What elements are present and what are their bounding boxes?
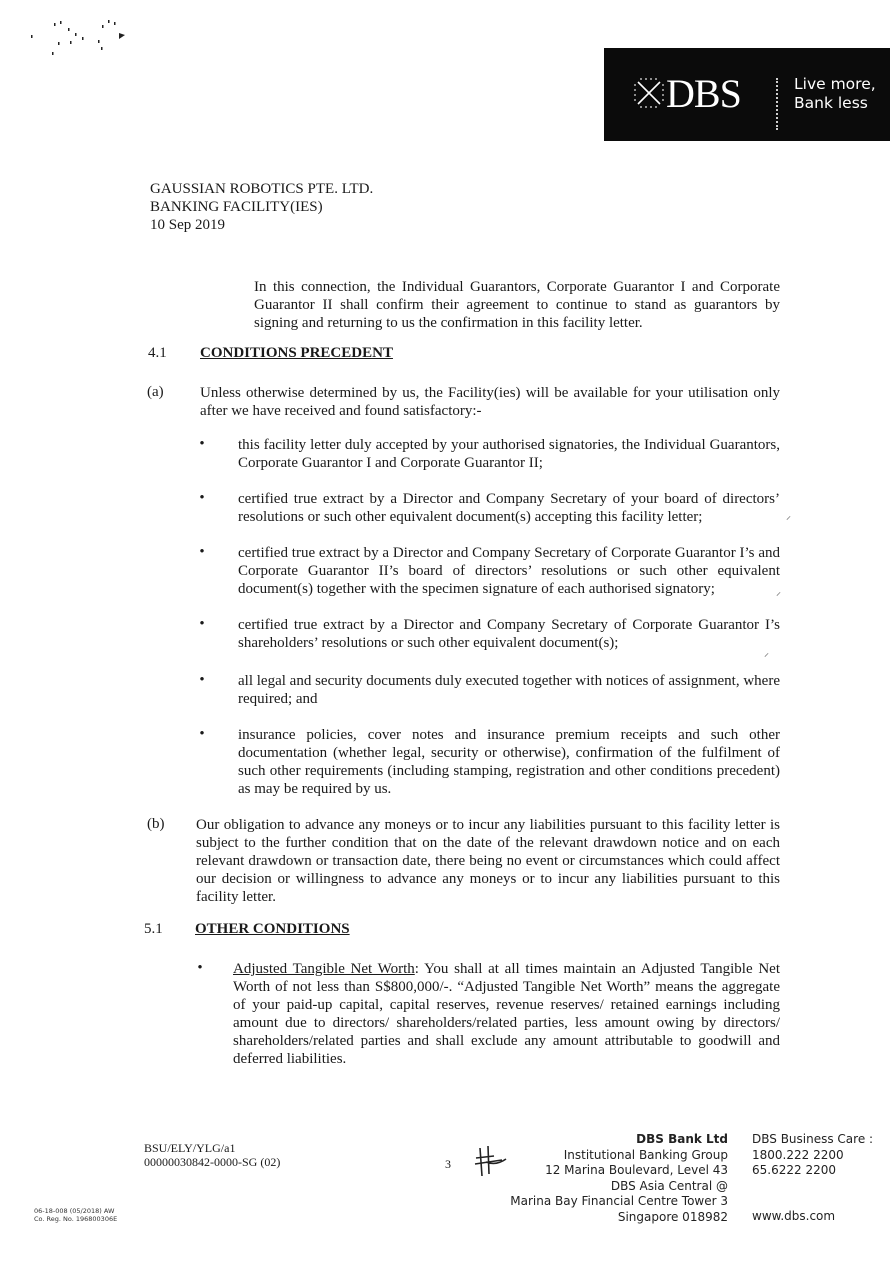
clause-b-text: Our obligation to advance any moneys or … [196, 816, 780, 906]
address-line: Institutional Banking Group [510, 1148, 728, 1164]
care-phone-1: 1800.222 2200 [752, 1148, 873, 1164]
footer-reference: BSU/ELY/YLG/a1 00000030842-0000-SG (02) [144, 1141, 280, 1169]
reference-line-2: 00000030842-0000-SG (02) [144, 1155, 280, 1169]
footer-bank-address: DBS Bank Ltd Institutional Banking Group… [510, 1132, 728, 1225]
handwritten-tick-mark: ⸝ [786, 508, 791, 522]
address-line: Marina Bay Financial Centre Tower 3 [510, 1194, 728, 1210]
section-number: 4.1 [148, 345, 167, 362]
list-item: certified true extract by a Director and… [238, 544, 780, 598]
bullet-icon: • [197, 544, 207, 561]
letter-header: GAUSSIAN ROBOTICS PTE. LTD. BANKING FACI… [150, 180, 373, 234]
footer-form-code: 06-18-008 (05/2018) AW Co. Reg. No. 1968… [34, 1207, 117, 1223]
form-code: 06-18-008 (05/2018) AW [34, 1207, 117, 1215]
dbs-brand-banner: DBS Live more, Bank less [604, 48, 890, 141]
company-registration: Co. Reg. No. 196800306E [34, 1215, 117, 1223]
list-item: insurance policies, cover notes and insu… [238, 726, 780, 798]
list-item-adjusted-tangible-net-worth: Adjusted Tangible Net Worth: You shall a… [233, 960, 780, 1068]
bullet-icon: • [197, 616, 207, 633]
clause-label-a: (a) [147, 384, 164, 401]
footer-website: www.dbs.com [752, 1209, 835, 1223]
list-item: all legal and security documents duly ex… [238, 672, 780, 708]
handwritten-tick-mark: ⸝ [776, 584, 781, 598]
brand-divider [776, 78, 780, 130]
dbs-logo-text: DBS [666, 70, 741, 117]
intro-paragraph: In this connection, the Individual Guara… [254, 278, 780, 332]
address-line: 12 Marina Boulevard, Level 43 [510, 1163, 728, 1179]
letter-date: 10 Sep 2019 [150, 216, 373, 234]
list-item: certified true extract by a Director and… [238, 616, 780, 652]
dbs-star-x-icon [632, 76, 666, 110]
bullet-icon: • [197, 672, 207, 689]
bank-name: DBS Bank Ltd [510, 1132, 728, 1148]
section-number: 5.1 [144, 921, 163, 938]
page-number: 3 [445, 1157, 451, 1172]
list-item: this facility letter duly accepted by yo… [238, 436, 780, 472]
company-name: GAUSSIAN ROBOTICS PTE. LTD. [150, 180, 373, 198]
letter-subject: BANKING FACILITY(IES) [150, 198, 373, 216]
address-line: Singapore 018982 [510, 1210, 728, 1226]
tagline-line-1: Live more, [794, 75, 876, 94]
clause-label-b: (b) [147, 816, 165, 833]
bullet-icon: • [197, 490, 207, 507]
care-label: DBS Business Care : [752, 1132, 873, 1148]
brand-tagline: Live more, Bank less [794, 75, 876, 113]
item-heading: Adjusted Tangible Net Worth [233, 961, 415, 977]
bullet-icon: • [195, 960, 205, 977]
address-line: DBS Asia Central @ [510, 1179, 728, 1195]
section-title-other-conditions: OTHER CONDITIONS [195, 921, 350, 938]
handwritten-initial-icon [472, 1144, 512, 1178]
section-title-conditions-precedent: CONDITIONS PRECEDENT [200, 345, 393, 362]
clause-a-text: Unless otherwise determined by us, the F… [200, 384, 780, 420]
reference-line-1: BSU/ELY/YLG/a1 [144, 1141, 280, 1155]
bullet-icon: • [197, 436, 207, 453]
list-item: certified true extract by a Director and… [238, 490, 780, 526]
care-phone-2: 65.6222 2200 [752, 1163, 873, 1179]
footer-business-care: DBS Business Care : 1800.222 2200 65.622… [752, 1132, 873, 1179]
scan-artifact-marks [30, 15, 140, 60]
tagline-line-2: Bank less [794, 94, 876, 113]
handwritten-tick-mark: ⸝ [764, 645, 769, 659]
bullet-icon: • [197, 726, 207, 743]
